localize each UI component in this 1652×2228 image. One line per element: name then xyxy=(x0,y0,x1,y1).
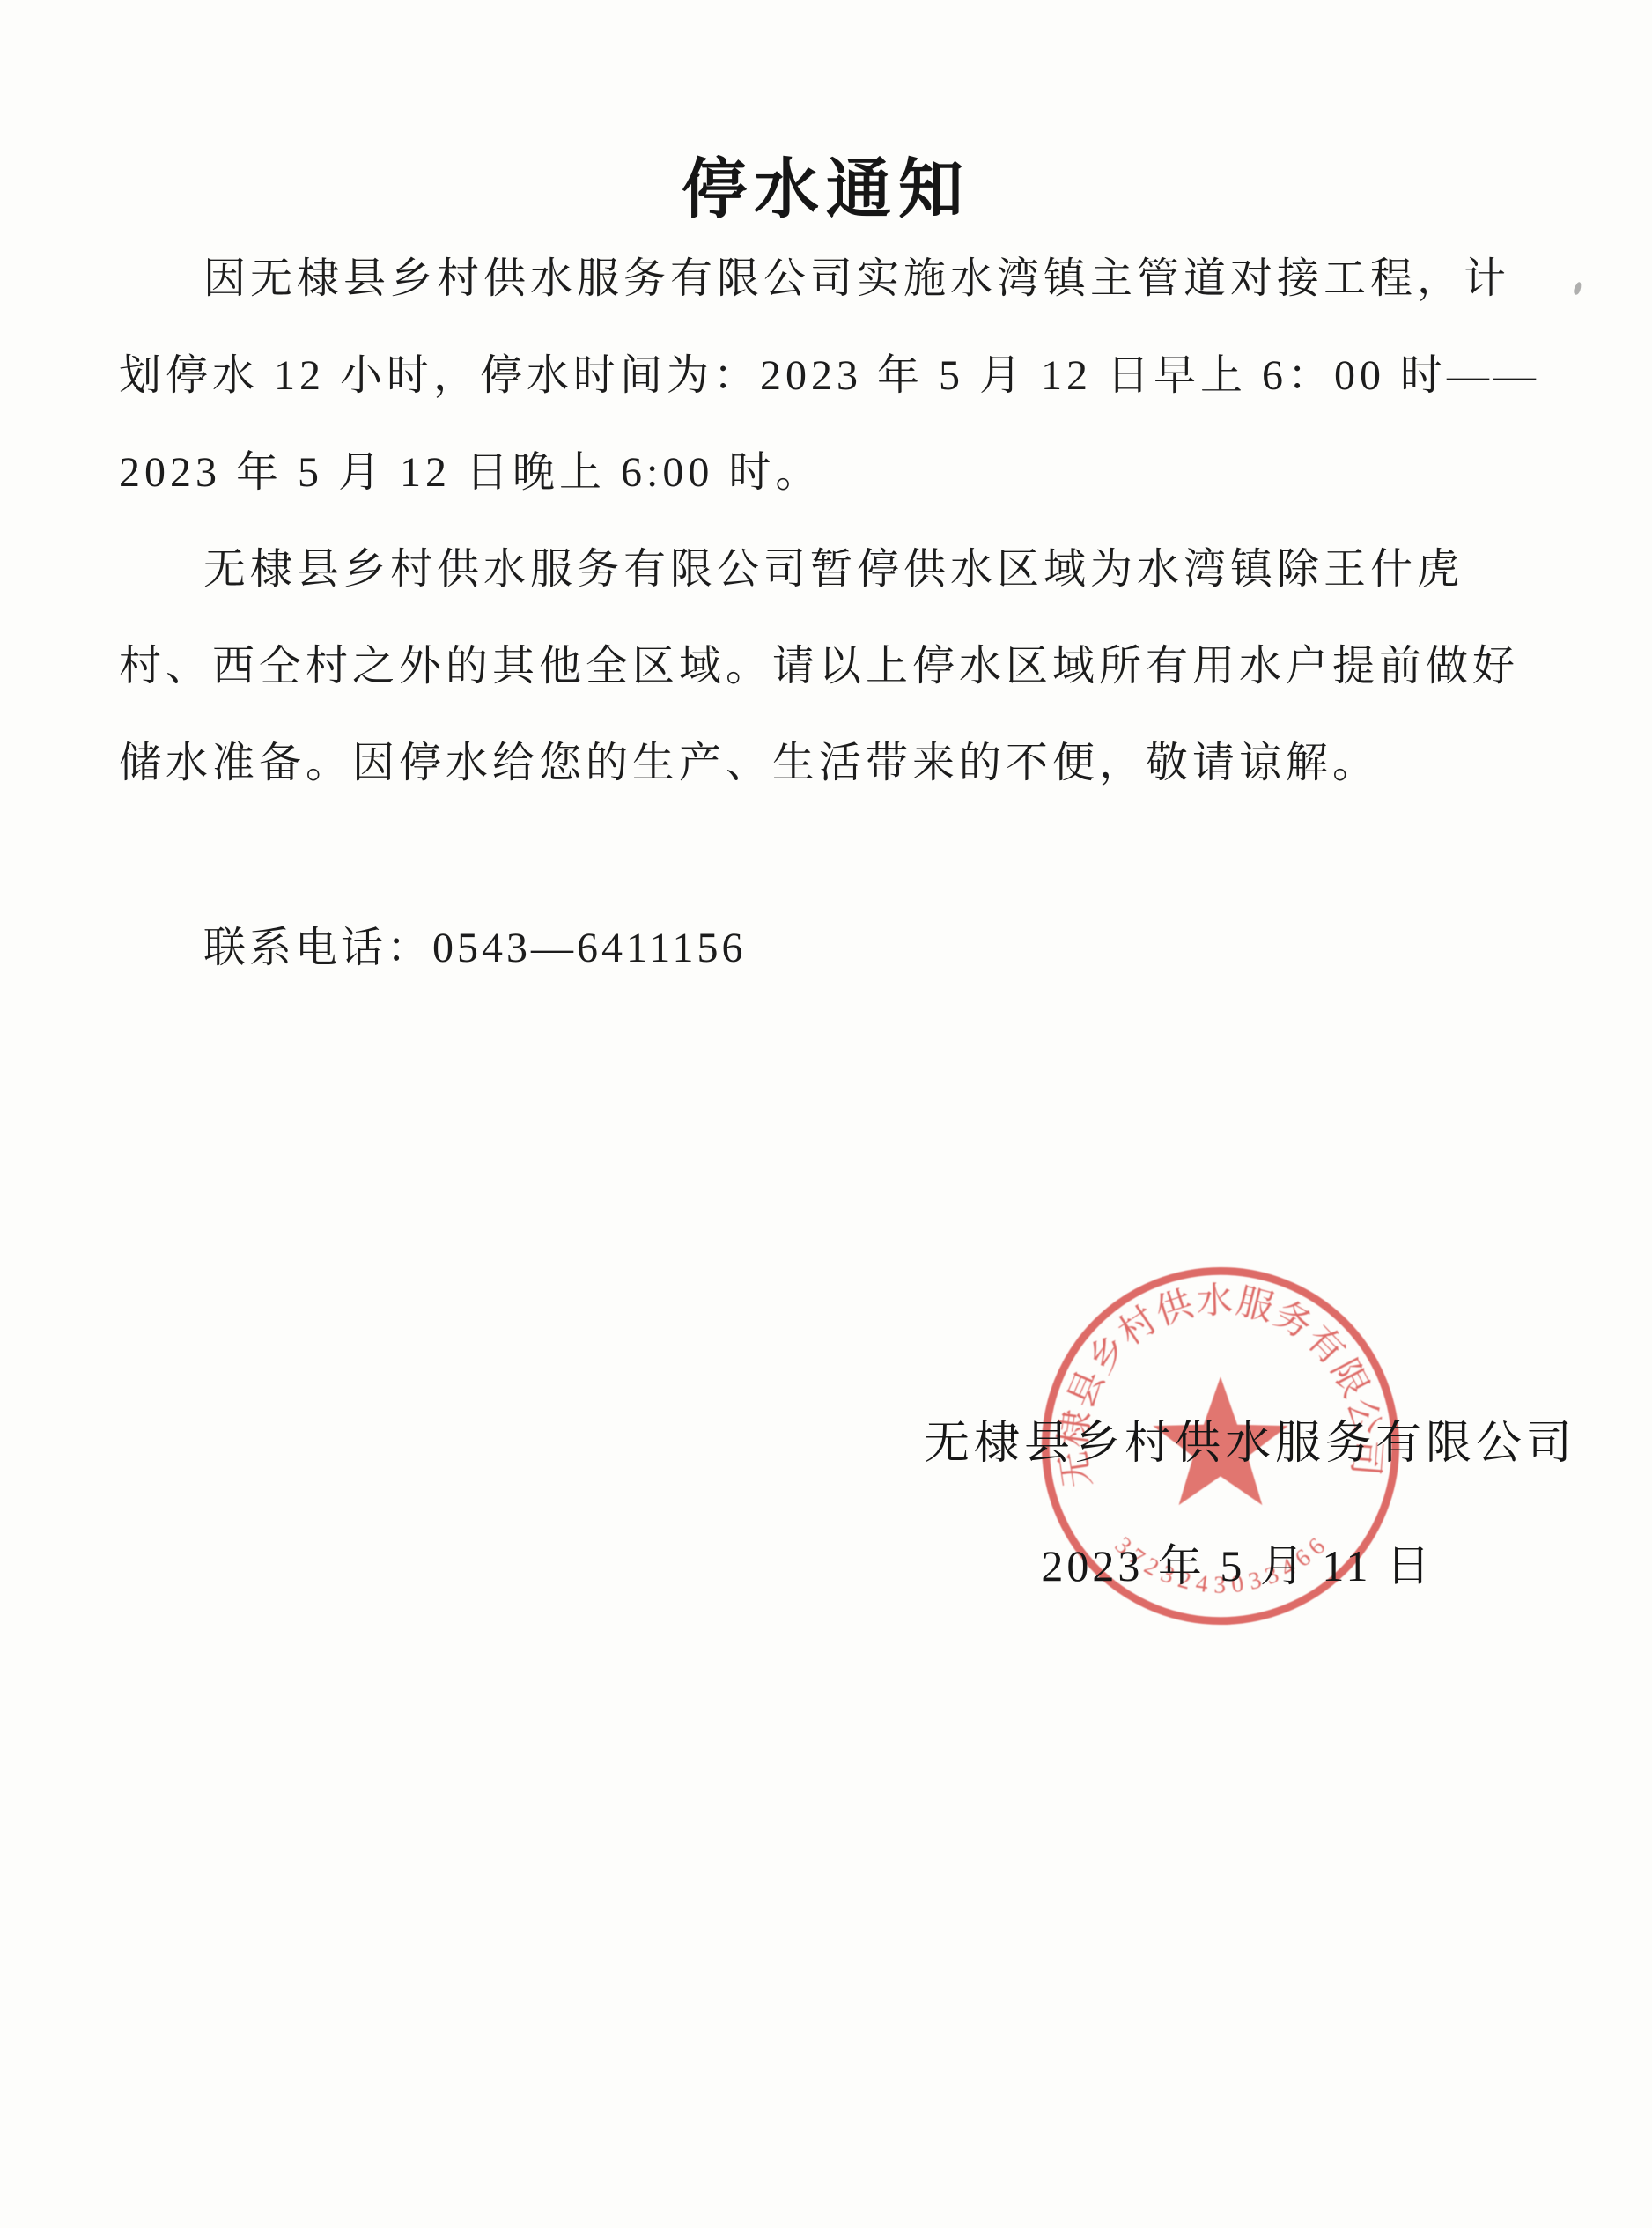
paragraph-line: 无棣县乡村供水服务有限公司暂停供水区域为水湾镇除王什虎 xyxy=(119,521,1541,618)
paragraph-line: 划停水 12 小时，停水时间为：2023 年 5 月 12 日早上 6：00 时… xyxy=(119,328,1541,424)
paragraph-line: 2023 年 5 月 12 日晚上 6:00 时。 xyxy=(119,424,1541,521)
signature-company-name: 无棣县乡村供水服务有限公司 xyxy=(924,1405,1576,1472)
paragraph-line: 储水准备。因停水给您的生产、生活带来的不便，敬请谅解。 xyxy=(119,715,1541,812)
paragraph-line: 因无棣县乡村供水服务有限公司实施水湾镇主管道对接工程，计 xyxy=(119,231,1541,328)
signature-date: 2023 年 5 月 11 日 xyxy=(1041,1531,1434,1594)
scan-ink-smudge xyxy=(1573,281,1582,295)
notice-document-page: 停水通知 因无棣县乡村供水服务有限公司实施水湾镇主管道对接工程，计 划停水 12… xyxy=(0,0,1652,2228)
paragraph-outage-area: 无棣县乡村供水服务有限公司暂停供水区域为水湾镇除王什虎 村、西仝村之外的其他全区… xyxy=(119,521,1541,812)
contact-phone-line: 联系电话：0543—6411156 xyxy=(119,900,746,997)
document-title: 停水通知 xyxy=(0,137,1652,231)
paragraph-line: 村、西仝村之外的其他全区域。请以上停水区域所有用水户提前做好 xyxy=(119,618,1541,715)
paragraph-outage-plan: 因无棣县乡村供水服务有限公司实施水湾镇主管道对接工程，计 划停水 12 小时，停… xyxy=(119,231,1541,521)
